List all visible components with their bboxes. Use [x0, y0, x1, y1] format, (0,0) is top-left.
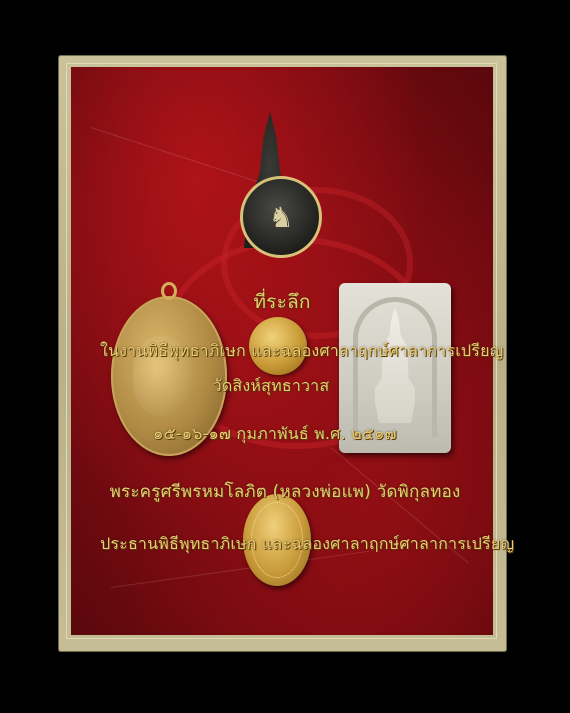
inscription-ceremony: ในงานพิธีพุทธาภิเษก และฉลองศาลาฤกษ์ศาลาก… [100, 339, 480, 364]
inscription-monk: พระครูศรีพรหมโลภิต (หลวงพ่อแพ) วัดพิกุลท… [100, 478, 470, 505]
inscription-date: ๑๕-๑๖-๑๗ กุมภาพันธ์ พ.ศ. ๒๕๑๗ [110, 422, 440, 447]
inscription-title: ที่ระลึก [71, 287, 493, 317]
inscription-temple: วัดสิงห์สุทธาวาส [196, 374, 346, 399]
dark-coin-rider-icon: ♞ [240, 176, 322, 258]
inscription-presiding: ประธานพิธีพุทธาภิเษก และฉลองศาลาฤกษ์ศาลา… [100, 532, 470, 557]
